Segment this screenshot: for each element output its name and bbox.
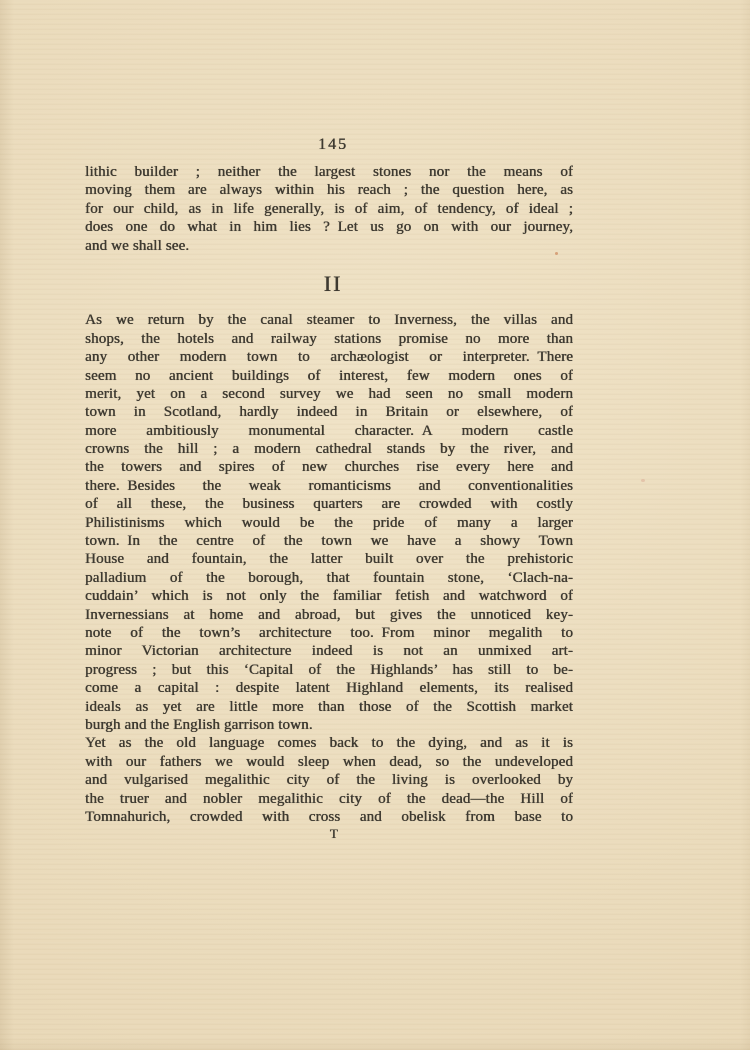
text-line: more ambitiously monumental character. A… [85,422,573,440]
text-line: Tomnahurich, crowded with cross and obel… [85,808,573,826]
text-line: moving them are always within his reach … [85,181,573,199]
text-line: the truer and nobler megalithic city of … [85,790,573,808]
page-number: 145 [89,136,577,154]
text-line: seem no ancient buildings of interest, f… [85,367,573,385]
text-line: any other modern town to archæologist or… [85,348,573,366]
signature-mark: T [90,826,578,842]
text-line: for our child, as in life generally, is … [85,200,573,218]
text-line: does one do what in him lies ? Let us go… [85,218,573,236]
paper-speck [555,252,558,255]
text-line: there. Besides the weak romanticisms and… [85,477,573,495]
text-line: shops, the hotels and railway stations p… [85,330,573,348]
text-line: crowns the hill ; a modern cathedral sta… [85,440,573,458]
book-page: 145 lithic builder ; neither the largest… [0,0,750,1050]
text-line: Philistinisms which would be the pride o… [85,514,573,532]
paper-speck [641,479,645,482]
text-line: and vulgarised megalithic city of the li… [85,771,573,789]
text-line: the towers and spires of new churches ri… [85,458,573,476]
text-line: progress ; but this ‘Capital of the High… [85,661,573,679]
text-line: come a capital : despite latent Highland… [85,679,573,697]
text-line: Yet as the old language comes back to th… [85,734,573,752]
text-line: with our fathers we would sleep when dea… [85,753,573,771]
paragraph-1: lithic builder ; neither the largest sto… [85,163,573,255]
text-line: palladium of the borough, that fountain … [85,569,573,587]
text-line: As we return by the canal steamer to Inv… [85,311,573,329]
text-line: minor Victorian architecture indeed is n… [85,642,573,660]
section-heading: II [89,275,577,293]
text-line: House and fountain, the latter built ove… [85,550,573,568]
text-line: and we shall see. [85,237,573,255]
text-line: Invernessians at home and abroad, but gi… [85,606,573,624]
text-line: town in Scotland, hardly indeed in Brita… [85,403,573,421]
text-line: lithic builder ; neither the largest sto… [85,163,573,181]
text-block: lithic builder ; neither the largest sto… [85,163,573,842]
text-line: cuddain’ which is not only the familiar … [85,587,573,605]
text-line: note of the town’s architecture too. Fro… [85,624,573,642]
paragraph-3: Yet as the old language comes back to th… [85,734,573,826]
text-line: merit, yet on a second survey we had see… [85,385,573,403]
paragraph-2: As we return by the canal steamer to Inv… [85,311,573,734]
text-line: ideals as yet are little more than those… [85,698,573,716]
text-line: town. In the centre of the town we have … [85,532,573,550]
text-line: of all these, the business quarters are … [85,495,573,513]
text-line: burgh and the English garrison town. [85,716,573,734]
